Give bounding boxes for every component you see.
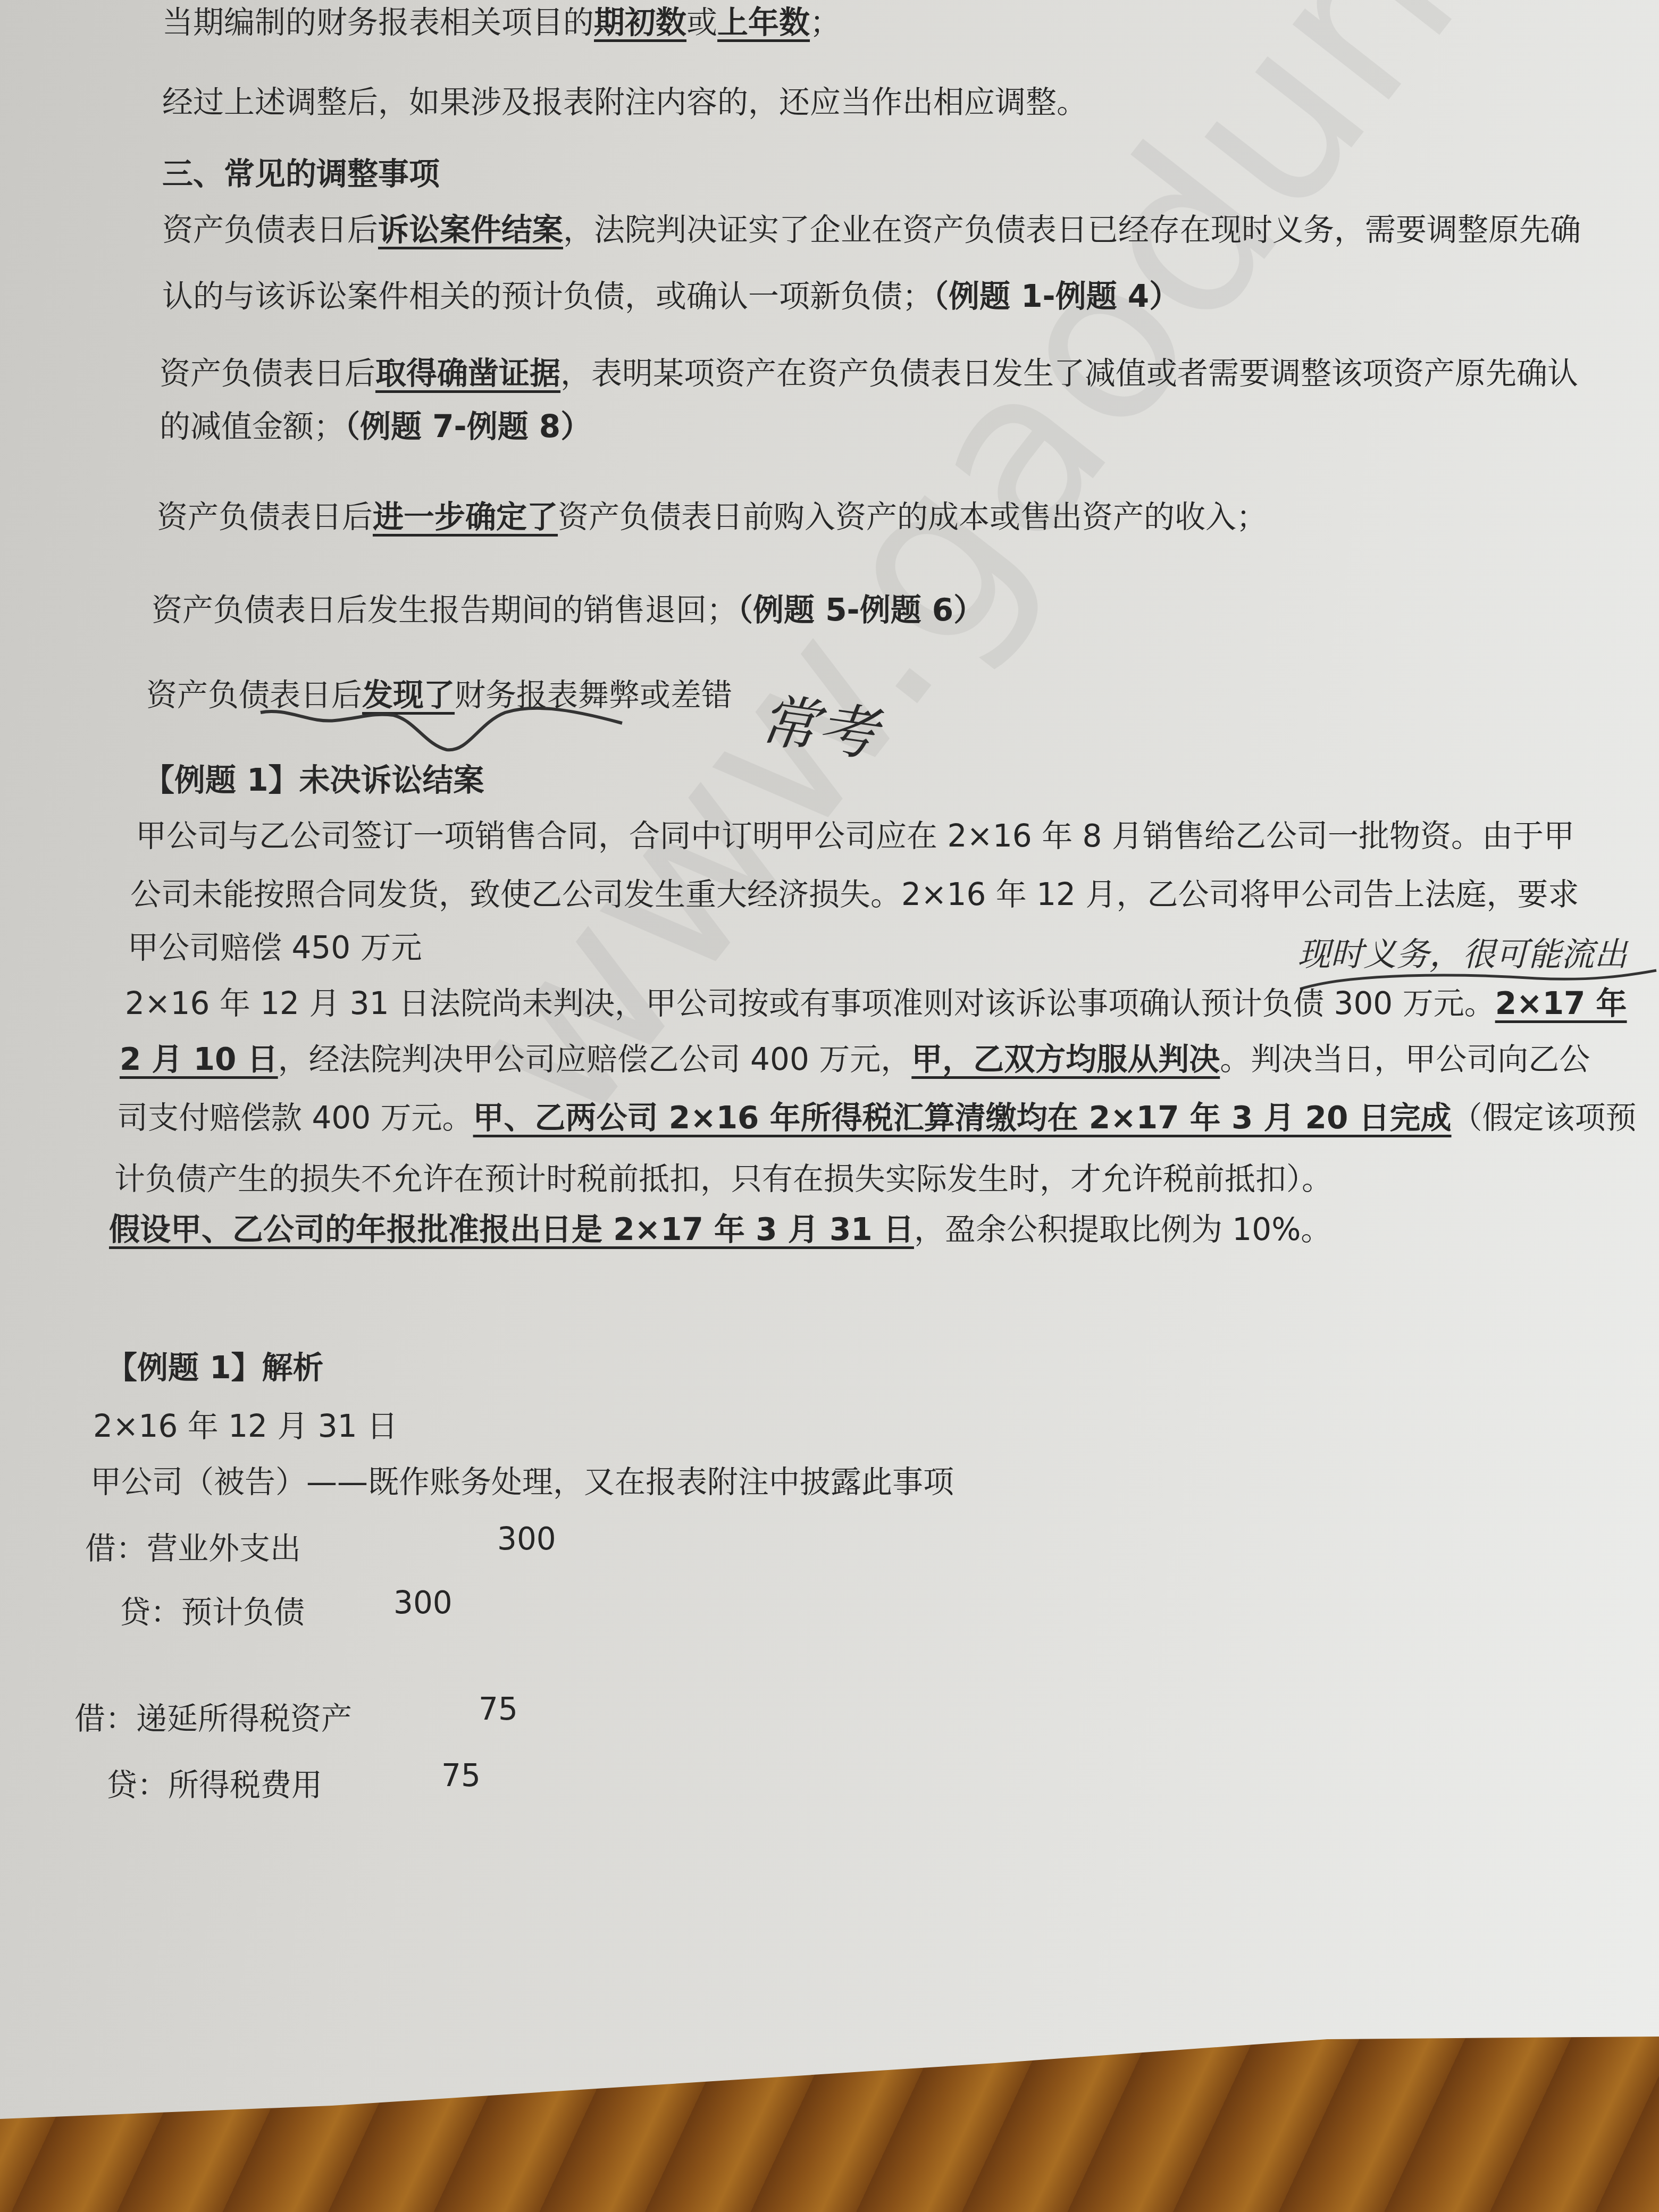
item-4: 资产负债表日后发生报告期间的销售退回；（例题 5-例题 6） — [152, 585, 984, 630]
analysis-subject: 甲公司（被告）——既作账务处理，又在报表附注中披露此事项 — [90, 1457, 954, 1502]
entry-amount-300-credit: 300 — [393, 1585, 453, 1621]
top-cut-line: 当期编制的财务报表相关项目的期初数或上年数； — [162, 0, 841, 42]
example-p2-line-4: 计负债产生的损失不允许在预计时税前抵扣，只有在损失实际发生时，才允许税前抵扣）。 — [114, 1154, 1333, 1199]
entry-credit-provision: 贷：预计负债 — [120, 1587, 305, 1632]
example-p3: 假设甲、乙公司的年报批准报出日是 2×17 年 3 月 31 日，盈余公积提取比… — [109, 1204, 1331, 1249]
analysis-date: 2×16 年 12 月 31 日 — [93, 1401, 398, 1446]
handwritten-note-often-tested: 常考 — [755, 673, 883, 772]
analysis-title: 【例题 1】解析 — [106, 1343, 324, 1387]
item-2-line-2: 的减值金额；（例题 7-例题 8） — [160, 401, 591, 446]
example-p2-line-1: 2×16 年 12 月 31 日法院尚未判决，甲公司按或有事项准则对该诉讼事项确… — [125, 978, 1627, 1023]
item-1-line-2: 认的与该诉讼案件相关的预计负债，或确认一项新负债；（例题 1-例题 4） — [162, 271, 1180, 316]
example-title: 【例题 1】未决诉讼结案 — [144, 755, 484, 800]
item-3: 资产负债表日后进一步确定了资产负债表日前购入资产的成本或售出资产的收入； — [157, 492, 1267, 537]
entry-debit-deferred-tax-asset: 借：递延所得税资产 — [74, 1694, 352, 1738]
item-1-line-1: 资产负债表日后诉讼案件结案，法院判决证实了企业在资产负债表日已经存在现时义务，需… — [162, 205, 1581, 249]
entry-debit-nonoperating-expense: 借：营业外支出 — [85, 1523, 301, 1568]
example-p2-line-3: 司支付赔偿款 400 万元。甲、乙两公司 2×16 年所得税汇算清缴均在 2×1… — [117, 1093, 1637, 1137]
entry-credit-income-tax-expense: 贷：所得税费用 — [106, 1760, 322, 1805]
adjust-paragraph: 经过上述调整后，如果涉及报表附注内容的，还应当作出相应调整。 — [162, 77, 1087, 122]
item-2-line-1: 资产负债表日后取得确凿证据，表明某项资产在资产负债表日发生了减值或者需要调整该项… — [160, 348, 1578, 393]
entry-amount-75-credit: 75 — [441, 1757, 481, 1794]
example-p1-line-3: 甲公司赔偿 450 万元 — [128, 923, 422, 967]
entry-amount-75-debit: 75 — [479, 1691, 518, 1727]
example-p2-line-2: 2 月 10 日，经法院判决甲公司应赔偿乙公司 400 万元，甲，乙双方均服从判… — [120, 1034, 1590, 1079]
section-title: 三、常见的调整事项 — [162, 149, 440, 194]
example-p1-line-2: 公司未能按照合同发货，致使乙公司发生重大经济损失。2×16 年 12 月，乙公司… — [130, 869, 1579, 914]
entry-amount-300-debit: 300 — [497, 1521, 556, 1557]
example-p1-line-1: 甲公司与乙公司签订一项销售合同，合同中订明甲公司应在 2×16 年 8 月销售给… — [136, 811, 1574, 856]
